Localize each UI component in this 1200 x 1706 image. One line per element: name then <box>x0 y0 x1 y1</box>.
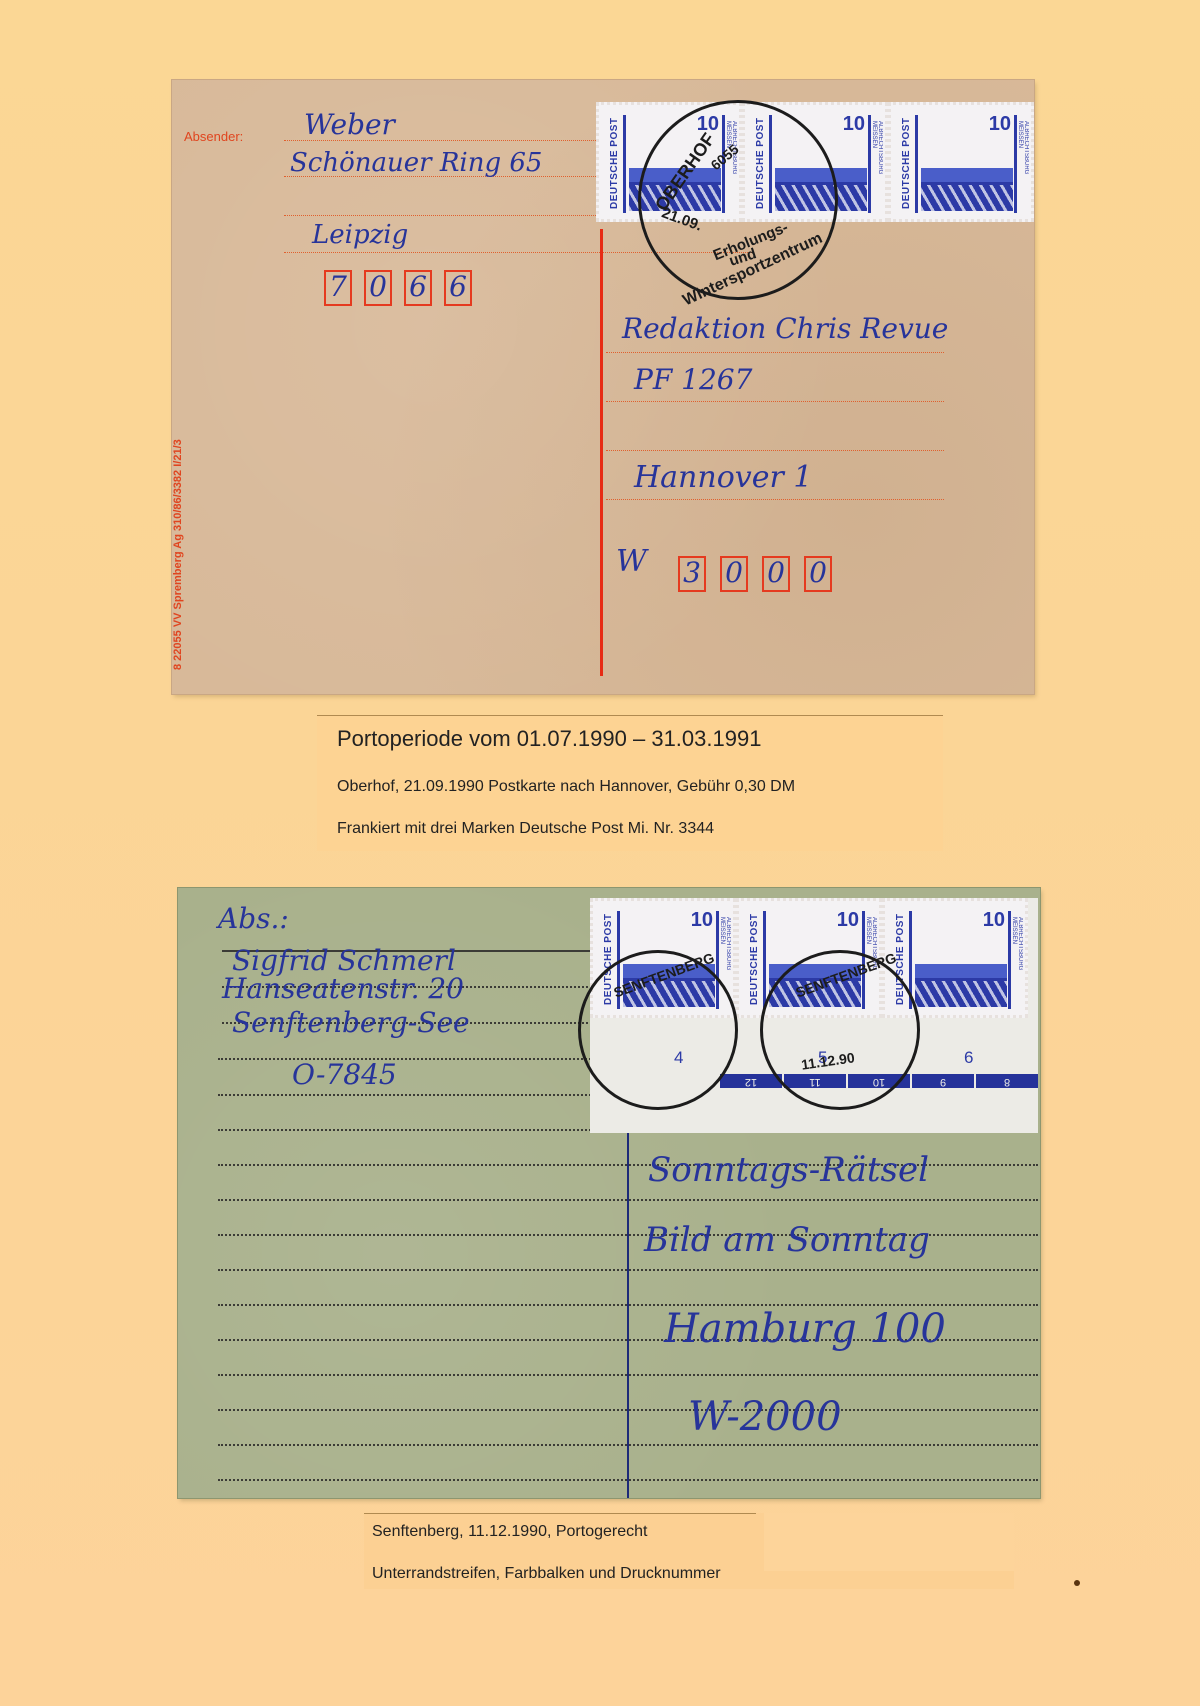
recipient-postcode-box: 3 <box>678 556 706 592</box>
color-bar-number: 8 <box>974 1074 1038 1088</box>
sender-city: Leipzig <box>312 220 408 250</box>
stamp-caption: ALBRECHTSBURG MEISSEN <box>873 121 883 201</box>
sender-city: Senftenberg-See <box>232 1006 470 1039</box>
recipient-postcode-box: 0 <box>804 556 832 592</box>
postmark-place: SENFTENBERG <box>611 949 716 1000</box>
postcard-senftenberg: Abs.: Sigfrid Schmerl Hanseatenstr. 20 S… <box>178 888 1040 1498</box>
stamp-value: 10 <box>837 909 859 932</box>
caption-rule <box>364 1513 756 1514</box>
postmark-place: SENFTENBERG <box>793 949 898 1000</box>
recipient-postcode-box: 0 <box>762 556 790 592</box>
recipient-line2: Bild am Sonntag <box>644 1220 930 1260</box>
sender-postcode-box: 6 <box>444 270 472 306</box>
caption-line: Senftenberg, 11.12.1990, Portogerecht <box>372 1523 647 1541</box>
postmark-senftenberg: SENFTENBERG 11.12.90 <box>760 950 920 1110</box>
stamp-caption: ALBRECHTSBURG MEISSEN <box>1019 121 1029 201</box>
address-rule <box>606 450 944 451</box>
stamp-value: 10 <box>843 113 865 136</box>
sender-street: Schönauer Ring 65 <box>290 148 542 178</box>
stamp-value: 10 <box>989 113 1011 136</box>
recipient-line4: W-2000 <box>688 1394 842 1440</box>
postmark-oberhof: OBERHOF 6055 21.09. Erholungs- und Winte… <box>638 100 838 300</box>
caption-line: Frankiert mit drei Marken Deutsche Post … <box>337 820 714 838</box>
print-number: 6 <box>964 1048 973 1068</box>
address-rule <box>606 352 944 353</box>
stamp: DEUTSCHE POST 10 ALBRECHTSBURG MEISSEN <box>888 102 1034 222</box>
sender-street: Hanseatenstr. 20 <box>222 972 464 1005</box>
recipient-line2: PF 1267 <box>634 363 752 396</box>
recipient-line1: Redaktion Chris Revue <box>622 312 948 345</box>
sender-postcode-box: 0 <box>364 270 392 306</box>
stamp-value: 10 <box>691 909 713 932</box>
caption-shade <box>764 1513 1014 1571</box>
postmark-date: 11.12.90 <box>800 1049 855 1072</box>
caption-title: Portoperiode vom 01.07.1990 – 31.03.1991 <box>337 726 761 752</box>
caption-line: Oberhof, 21.09.1990 Postkarte nach Hanno… <box>337 778 795 796</box>
address-divider <box>627 1128 629 1498</box>
sender-postcode-box: 7 <box>324 270 352 306</box>
address-rule <box>606 401 944 402</box>
printer-imprint: 8 22055 VV Spremberg Ag 310/86/3382 I/21… <box>172 410 188 670</box>
stamp-value: 10 <box>983 909 1005 932</box>
address-rule <box>606 499 944 500</box>
address-divider <box>600 229 603 676</box>
postmark-date: 21.09. <box>659 204 704 234</box>
recipient-line1: Sonntags-Rätsel <box>648 1150 929 1190</box>
stamp-caption: ALBRECHTSBURG MEISSEN <box>1013 917 1023 997</box>
recipient-postcode-box: 0 <box>720 556 748 592</box>
postcard-oberhof: Absender: Weber Schönauer Ring 65 Leipzi… <box>172 80 1034 694</box>
caption-card1: Portoperiode vom 01.07.1990 – 31.03.1991… <box>317 715 943 851</box>
color-bar-number: 12 <box>718 1074 782 1088</box>
recipient-line3: Hamburg 100 <box>664 1306 946 1352</box>
sender-label: Absender: <box>184 129 243 144</box>
sender-postcode: O-7845 <box>292 1058 397 1091</box>
stamp-issuer: DEUTSCHE POST <box>901 115 915 211</box>
postmark-place: OBERHOF <box>651 129 720 215</box>
caption-line: Unterrandstreifen, Farbbalken und Druckn… <box>372 1565 721 1583</box>
recipient-line3: Hannover 1 <box>634 460 812 495</box>
sender-postcode-box: 6 <box>404 270 432 306</box>
stamp-issuer: DEUTSCHE POST <box>609 115 623 211</box>
stamp-issuer: DEUTSCHE POST <box>749 911 763 1007</box>
sender-name: Weber <box>304 108 395 141</box>
recipient-country-prefix: W <box>616 544 647 579</box>
paper-speck <box>1074 1580 1080 1586</box>
color-bar-number: 9 <box>910 1074 974 1088</box>
caption-card2: Senftenberg, 11.12.1990, Portogerecht Un… <box>364 1513 1014 1589</box>
postmark-senftenberg: SENFTENBERG <box>578 950 738 1110</box>
sender-label: Abs.: <box>218 902 289 935</box>
